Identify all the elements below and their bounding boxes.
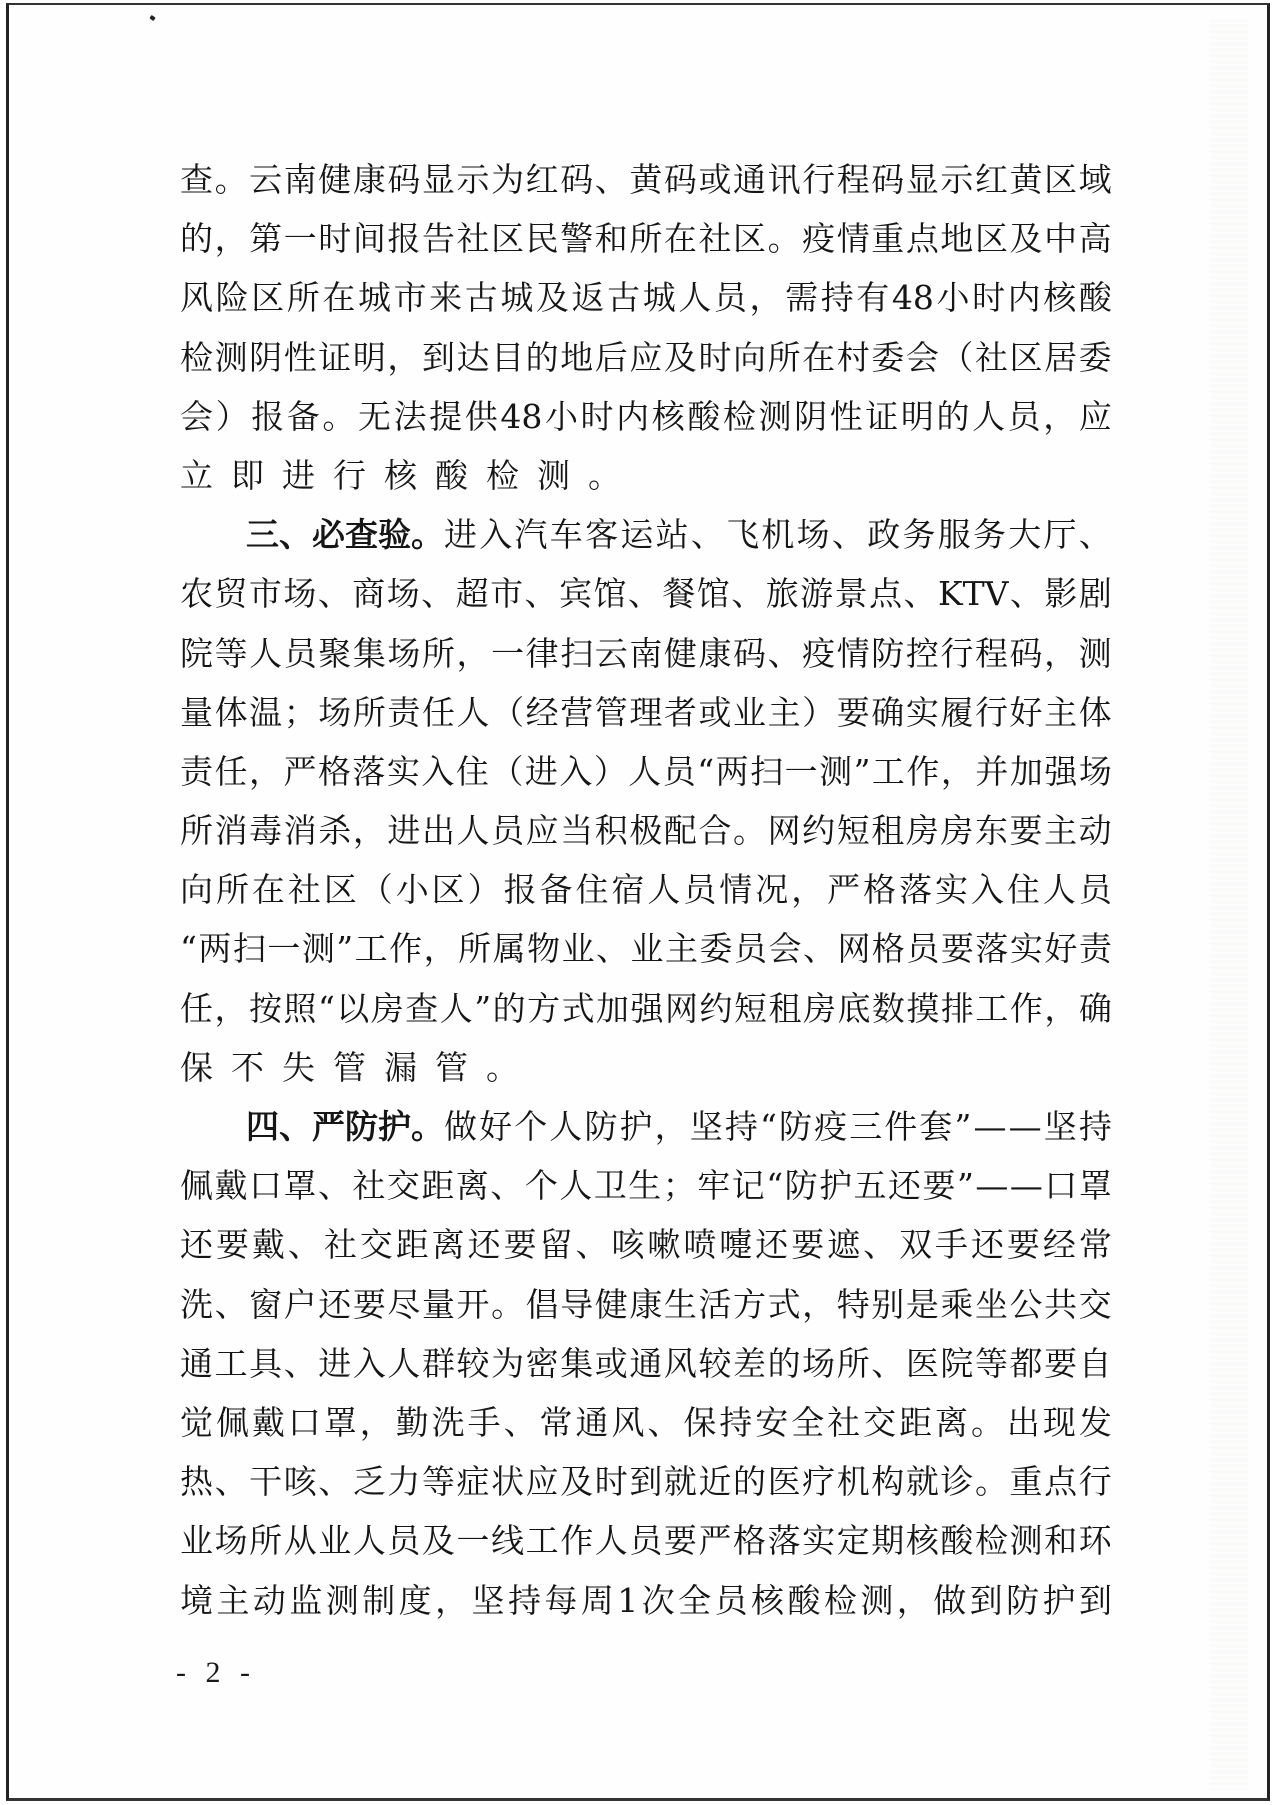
text-line: 任，按照“以房查人”的方式加强网约短租房底数摸排工作，确 xyxy=(180,987,1112,1046)
text-line: 院等人员聚集场所，一律扫云南健康码、疫情防控行程码，测 xyxy=(180,632,1112,691)
text-line: 境主动监测制度，坚持每周1次全员核酸检测，做到防护到 xyxy=(180,1579,1112,1638)
text-line: 的，第一时间报告社区民警和所在社区。疫情重点地区及中高 xyxy=(180,217,1112,276)
text-line: 会）报备。无法提供48小时内核酸检测阴性证明的人员，应 xyxy=(180,395,1112,454)
text-line: 向所在社区（小区）报备住宿人员情况，严格落实入住人员 xyxy=(180,868,1112,927)
section-3-first-line: 三、必查验。进入汽车客运站、飞机场、政务服务大厅、 xyxy=(180,513,1112,572)
document-body: 查。云南健康码显示为红码、黄码或通讯行程码显示红黄区域 的，第一时间报告社区民警… xyxy=(180,158,1112,1638)
text-line: 查。云南健康码显示为红码、黄码或通讯行程码显示红黄区域 xyxy=(180,158,1112,217)
text-line: 风险区所在城市来古城及返古城人员，需持有48小时内核酸 xyxy=(180,276,1112,335)
text-line: 热、干咳、乏力等症状应及时到就近的医疗机构就诊。重点行 xyxy=(180,1460,1112,1519)
text-line: 洗、窗户还要尽量开。倡导健康生活方式，特别是乘坐公共交 xyxy=(180,1283,1112,1342)
text-line: 立即进行核酸检测。 xyxy=(180,454,1112,513)
text-line: 业场所从业人员及一线工作人员要严格落实定期核酸检测和环 xyxy=(180,1519,1112,1578)
text-run: 进入汽车客运站、飞机场、政务服务大厅、 xyxy=(444,513,1112,572)
text-line: 所消毒消杀，进出人员应当积极配合。网约短租房房东要主动 xyxy=(180,809,1112,868)
text-line: 责任，严格落实入住（进入）人员“两扫一测”工作，并加强场 xyxy=(180,750,1112,809)
text-line: 还要戴、社交距离还要留、咳嗽喷嚏还要遮、双手还要经常 xyxy=(180,1223,1112,1282)
text-line: 觉佩戴口罩，勤洗手、常通风、保持安全社交距离。出现发 xyxy=(180,1401,1112,1460)
section-4-first-line: 四、严防护。做好个人防护，坚持“防疫三件套”——坚持 xyxy=(180,1105,1112,1164)
section-4-heading: 四、严防护。 xyxy=(246,1105,444,1164)
section-3-heading: 三、必查验。 xyxy=(246,513,444,572)
scan-noise xyxy=(1210,20,1248,1790)
text-line: 农贸市场、商场、超市、宾馆、餐馆、旅游景点、KTV、影剧 xyxy=(180,572,1112,631)
text-line: 佩戴口罩、社交距离、个人卫生；牢记“防护五还要”——口罩 xyxy=(180,1164,1112,1223)
text-line: 检测阴性证明，到达目的地后应及时向所在村委会（社区居委 xyxy=(180,336,1112,395)
text-line: “两扫一测”工作，所属物业、业主委员会、网格员要落实好责 xyxy=(180,927,1112,986)
text-line: 量体温；场所责任人（经营管理者或业主）要确实履行好主体 xyxy=(180,691,1112,750)
text-line: 通工具、进入人群较为密集或通风较差的场所、医院等都要自 xyxy=(180,1342,1112,1401)
text-line: 保不失管漏管。 xyxy=(180,1046,1112,1105)
text-run: 做好个人防护，坚持“防疫三件套”——坚持 xyxy=(444,1105,1112,1164)
page-number: - 2 - xyxy=(176,1656,256,1690)
